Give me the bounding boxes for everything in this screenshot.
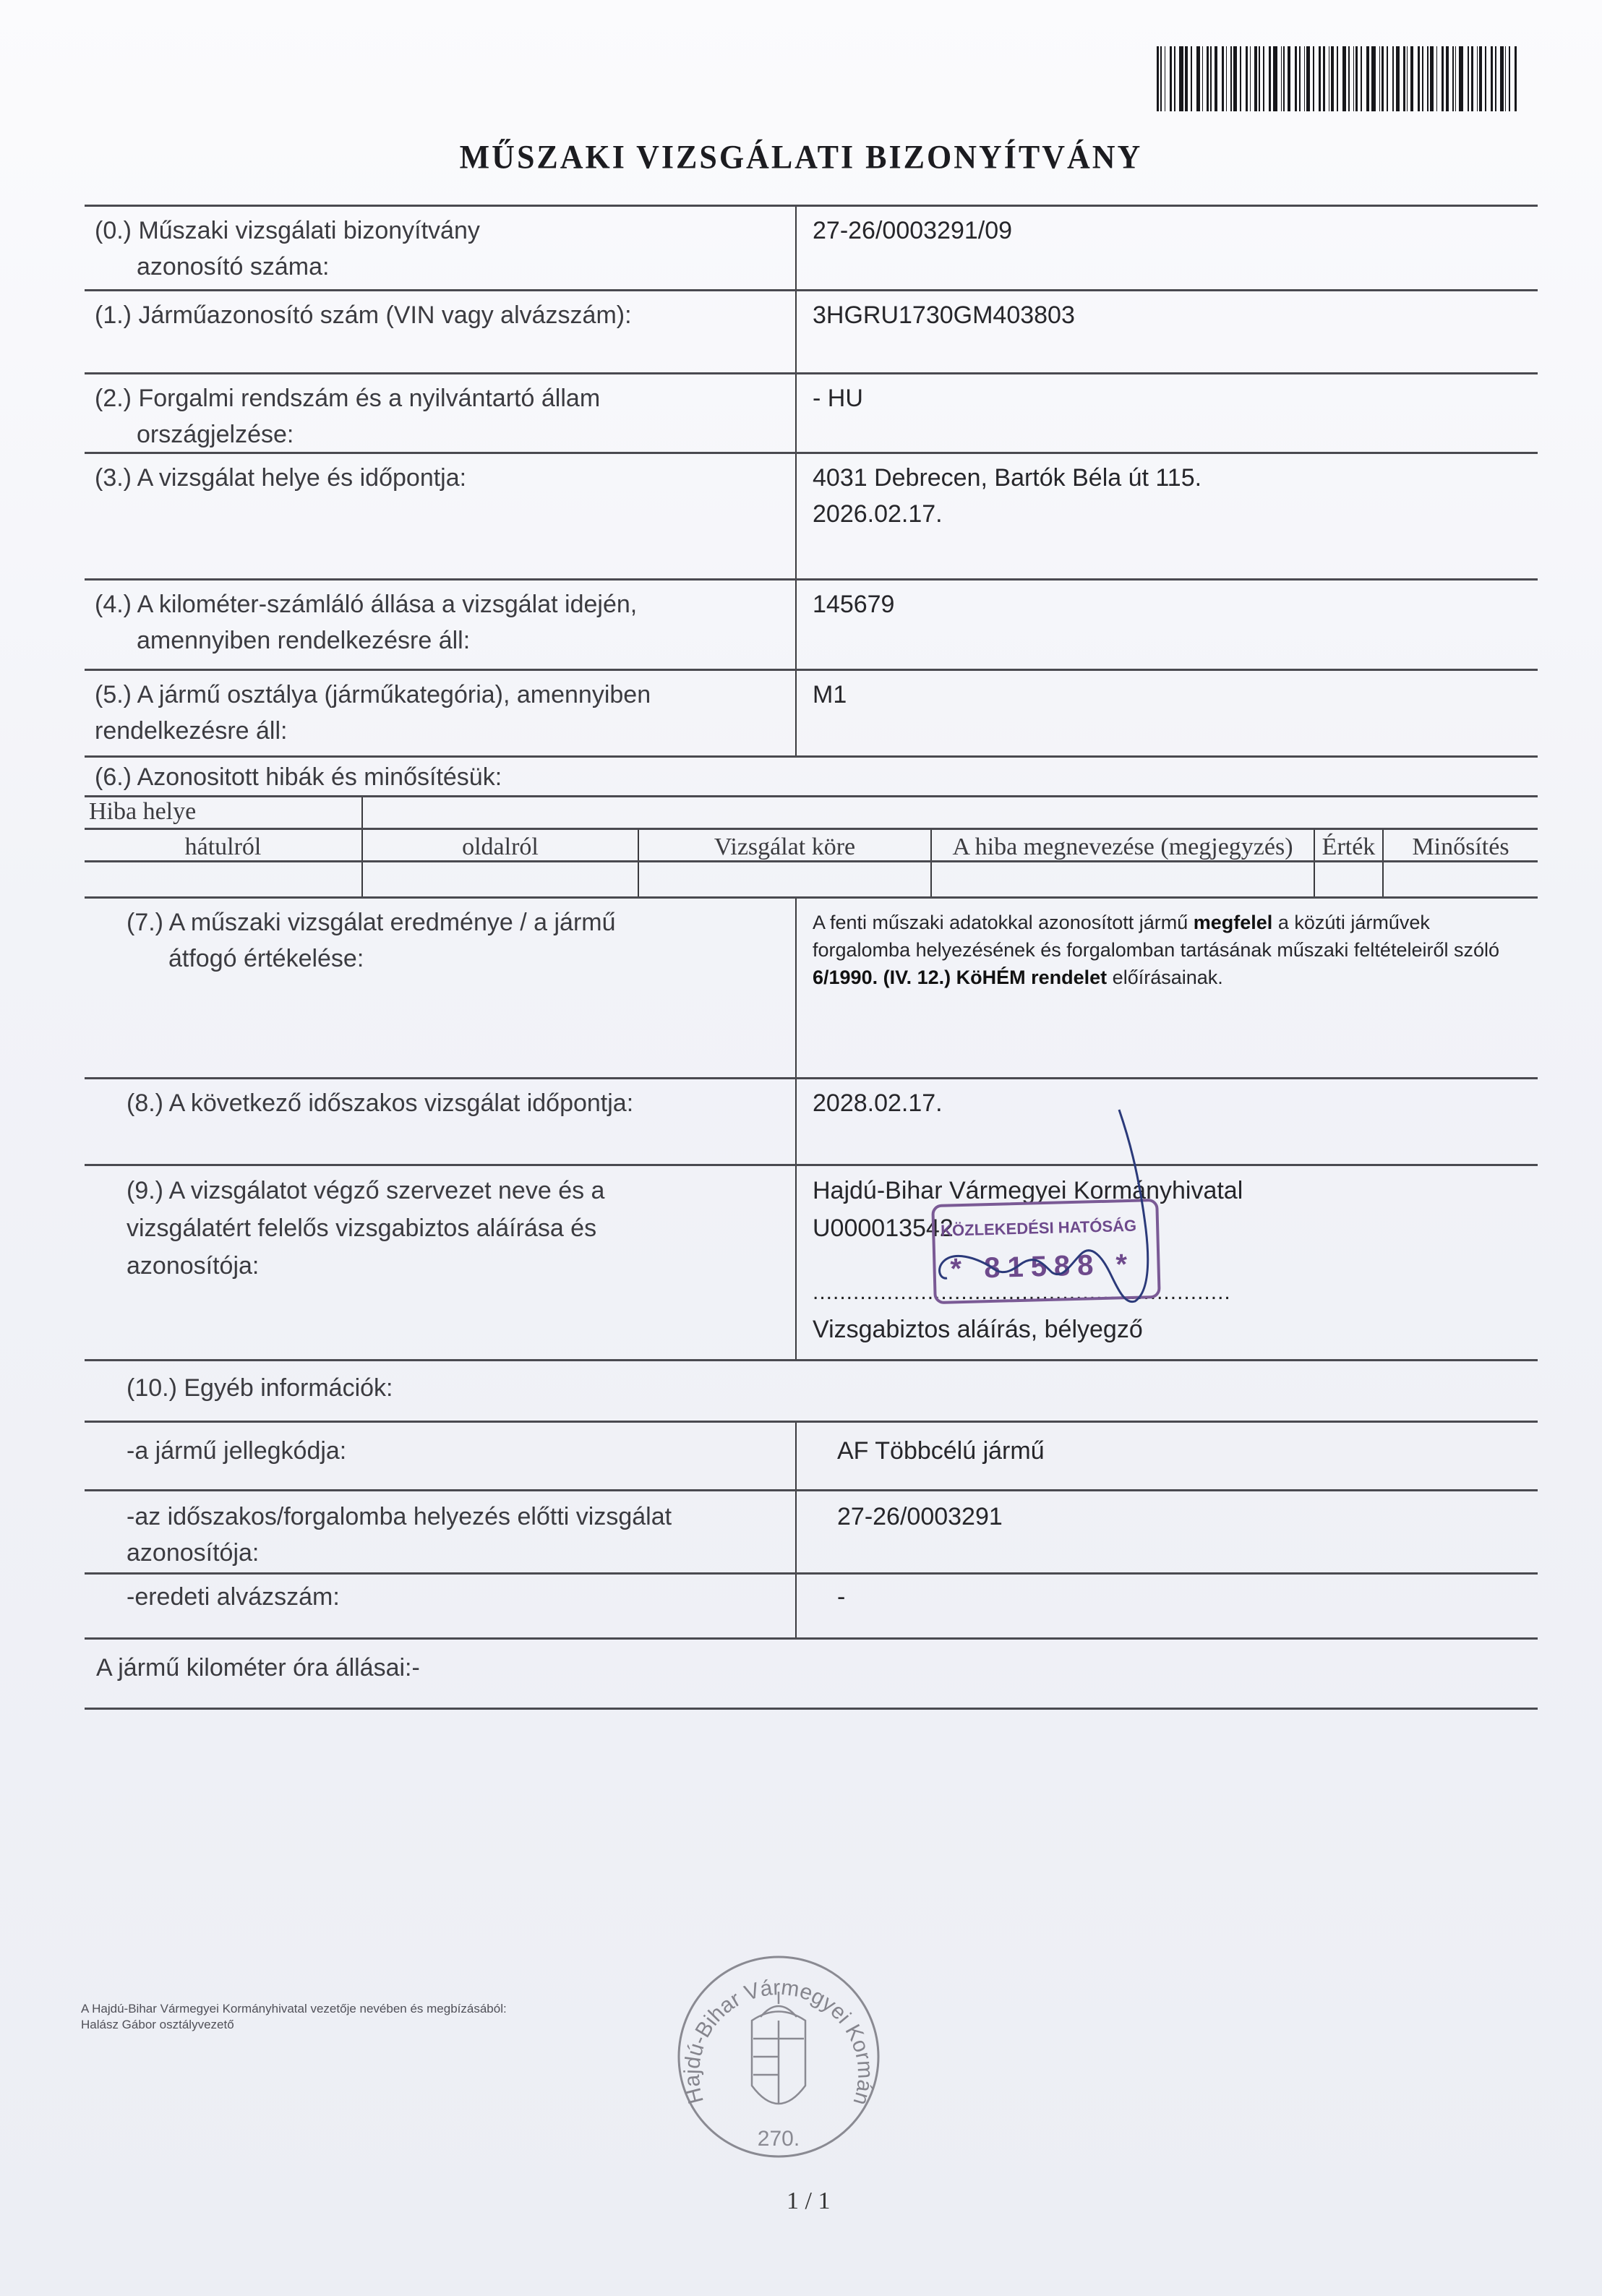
inspector-label: (9.) A vizsgálatot végző szervezet neve … <box>85 1166 795 1359</box>
defects-header-row: hátulról oldalról Vizsgálat köre A hiba … <box>85 828 1538 860</box>
field-value: 145679 <box>795 581 1538 669</box>
result-text-part: A fenti műszaki adatokkal azonosított já… <box>813 912 1194 933</box>
defects-location-spacer <box>361 797 1538 828</box>
odometer-value: 145679 <box>813 591 894 618</box>
authority-note: A Hajdú-Bihar Vármegyei Kormányhivatal v… <box>81 2001 507 2033</box>
svg-text:Hajdú-Bihar Vármegyei Kormányh: Hajdú-Bihar Vármegyei Kormányhivatal <box>674 1952 877 2108</box>
other-info-heading: (10.) Egyéb információk: <box>85 1361 1538 1421</box>
authority-line: A Hajdú-Bihar Vármegyei Kormányhivatal v… <box>81 2001 507 2017</box>
inspector-id: U000013542 <box>813 1209 1522 1247</box>
field-row-5: (5.) A jármű osztálya (járműkategória), … <box>85 669 1538 755</box>
previous-inspection-id: 27-26/0003291 <box>795 1491 1538 1572</box>
field-value: 3HGRU1730GM403803 <box>795 291 1538 372</box>
inspection-date: 2026.02.17. <box>813 496 1522 532</box>
authority-signatory: Halász Gábor osztályvezető <box>81 2017 507 2033</box>
result-row: (7.) A műszaki vizsgálat eredménye / a j… <box>85 896 1538 1077</box>
field-value: 27-26/0003291/09 <box>795 207 1538 289</box>
page-number: 1 / 1 <box>787 2188 830 2215</box>
defect-cell-value <box>1314 862 1382 896</box>
regulation-reference: 6/1990. (IV. 12.) KöHÉM rendelet <box>813 967 1107 988</box>
next-inspection-row: (8.) A következő időszakos vizsgálat idő… <box>85 1077 1538 1164</box>
other-info-row-1: -az időszakos/forgalomba helyezés előtti… <box>85 1489 1538 1572</box>
label-line: (1.) Járműazonosító szám (VIN vagy alváz… <box>95 301 632 329</box>
defect-cell-side <box>361 862 638 896</box>
other-info-label: -az időszakos/forgalomba helyezés előtti… <box>85 1491 795 1572</box>
field-label: (3.) A vizsgálat helye és időpontja: <box>85 454 795 578</box>
field-row-2: (2.) Forgalmi rendszám és a nyilvántartó… <box>85 372 1538 452</box>
signature-line: ........................................… <box>813 1280 1522 1305</box>
inspector-value: Hajdú-Bihar Vármegyei Kormányhivatal U00… <box>795 1166 1538 1359</box>
odometer-history: A jármű kilométer óra állásai:- <box>85 1640 1538 1708</box>
field-value: - HU <box>795 374 1538 452</box>
barcode-icon <box>1157 46 1525 111</box>
col-header-scope: Vizsgálat köre <box>638 830 930 860</box>
defect-cell-scope <box>638 862 930 896</box>
original-chassis-number: - <box>795 1575 1538 1637</box>
col-header-rating: Minősítés <box>1382 830 1538 860</box>
defects-data-row <box>85 860 1538 896</box>
signature-caption: Vizsgabiztos aláírás, bélyegző <box>813 1311 1522 1348</box>
official-seal-icon: Hajdú-Bihar Vármegyei Kormányhivatal 270… <box>674 1952 883 2162</box>
label-line: átfogó értékelése: <box>127 941 785 977</box>
field-label: (2.) Forgalmi rendszám és a nyilvántartó… <box>85 374 795 452</box>
col-header-side: oldalról <box>361 830 638 860</box>
label-line: (2.) Forgalmi rendszám és a nyilvántartó… <box>95 385 600 412</box>
stamp-header: KÖZLEKEDÉSI HATÓSÁG <box>941 1217 1137 1241</box>
svg-text:270.: 270. <box>758 2127 800 2151</box>
next-inspection-label: (8.) A következő időszakos vizsgálat idő… <box>85 1079 795 1164</box>
inspector-stamp: KÖZLEKEDÉSI HATÓSÁG * 81588 * <box>931 1199 1161 1304</box>
defect-cell-description <box>930 862 1314 896</box>
defects-heading: (6.) Azonositott hibák és minősítésük: <box>85 758 1538 795</box>
result-text: A fenti műszaki adatokkal azonosított já… <box>795 899 1538 1077</box>
field-value: M1 <box>795 671 1538 755</box>
label-line: amennyiben rendelkezésre áll: <box>95 622 785 659</box>
label-line: -az időszakos/forgalomba helyezés előtti… <box>127 1499 785 1535</box>
label-line: azonosítója: <box>127 1535 785 1571</box>
result-label: (7.) A műszaki vizsgálat eredménye / a j… <box>85 899 795 1077</box>
organization-name: Hajdú-Bihar Vármegyei Kormányhivatal <box>813 1172 1522 1209</box>
vehicle-type-code: AF Többcélú jármű <box>795 1423 1538 1489</box>
document-title: MŰSZAKI VIZSGÁLATI BIZONYÍTVÁNY <box>0 138 1602 177</box>
plate-country-value: - HU <box>813 385 863 412</box>
defect-cell-rear <box>85 862 361 896</box>
other-info-label: -a jármű jellegkódja: <box>85 1423 795 1489</box>
result-verdict: megfelel <box>1194 912 1273 933</box>
label-line: (5.) A jármű osztálya (járműkategória), … <box>95 677 785 713</box>
defects-location-header: Hiba helye <box>85 797 361 828</box>
label-line: rendelkezésre áll: <box>95 713 785 749</box>
label-line: (0.) Műszaki vizsgálati bizonyítvány <box>95 217 480 244</box>
result-text-part: előírásainak. <box>1107 967 1223 988</box>
field-label: (4.) A kilométer-számláló állása a vizsg… <box>85 581 795 669</box>
field-row-3: (3.) A vizsgálat helye és időpontja: 403… <box>85 452 1538 578</box>
certificate-page: MŰSZAKI VIZSGÁLATI BIZONYÍTVÁNY (0.) Műs… <box>0 0 1602 2296</box>
field-label: (0.) Műszaki vizsgálati bizonyítvány azo… <box>85 207 795 289</box>
label-line: (4.) A kilométer-számláló állása a vizsg… <box>95 591 637 618</box>
label-line: (7.) A műszaki vizsgálat eredménye / a j… <box>127 909 616 936</box>
defects-heading-row: (6.) Azonositott hibák és minősítésük: <box>85 755 1538 795</box>
label-line: országjelzése: <box>95 416 785 453</box>
label-line: (3.) A vizsgálat helye és időpontja: <box>95 464 466 492</box>
field-row-4: (4.) A kilométer-számláló állása a vizsg… <box>85 578 1538 669</box>
certificate-id: 27-26/0003291/09 <box>813 217 1012 244</box>
defects-location-row: Hiba helye <box>85 795 1538 828</box>
other-info-row-2: -eredeti alvázszám: - <box>85 1572 1538 1637</box>
field-label: (5.) A jármű osztálya (járműkategória), … <box>85 671 795 755</box>
field-value: 4031 Debrecen, Bartók Béla út 115. 2026.… <box>795 454 1538 578</box>
col-header-rear: hátulról <box>85 830 361 860</box>
field-row-1: (1.) Járműazonosító szám (VIN vagy alváz… <box>85 289 1538 372</box>
field-label: (1.) Járműazonosító szám (VIN vagy alváz… <box>85 291 795 372</box>
inspection-place: 4031 Debrecen, Bartók Béla út 115. <box>813 460 1522 496</box>
label-line: azonosító száma: <box>95 249 785 285</box>
other-info-row-0: -a jármű jellegkódja: AF Többcélú jármű <box>85 1421 1538 1489</box>
vin-value: 3HGRU1730GM403803 <box>813 301 1075 329</box>
inspector-row: (9.) A vizsgálatot végző szervezet neve … <box>85 1164 1538 1359</box>
label-line: azonosítója: <box>127 1247 785 1285</box>
col-header-value: Érték <box>1314 830 1382 860</box>
label-line: vizsgálatért felelős vizsgabiztos aláírá… <box>127 1209 785 1247</box>
col-header-description: A hiba megnevezése (megjegyzés) <box>930 830 1314 860</box>
label-line: (9.) A vizsgálatot végző szervezet neve … <box>127 1172 785 1209</box>
vehicle-category-value: M1 <box>813 681 847 708</box>
odometer-history-row: A jármű kilométer óra állásai:- <box>85 1637 1538 1710</box>
field-row-0: (0.) Műszaki vizsgálati bizonyítvány azo… <box>85 205 1538 289</box>
defect-cell-rating <box>1382 862 1538 896</box>
other-info-heading-row: (10.) Egyéb információk: <box>85 1359 1538 1421</box>
other-info-label: -eredeti alvázszám: <box>85 1575 795 1637</box>
stamp-number: * 81588 * <box>950 1248 1135 1286</box>
next-inspection-value: 2028.02.17. <box>795 1079 1538 1164</box>
